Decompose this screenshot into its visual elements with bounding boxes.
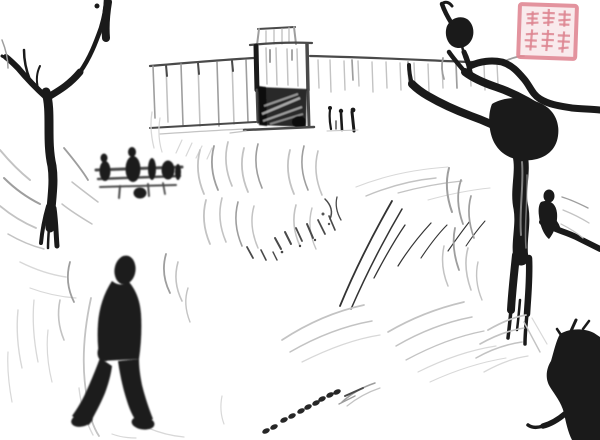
gate-doorway bbox=[258, 86, 307, 128]
ink-painting: Winter park scene: two bare ink-black tr… bbox=[0, 0, 600, 440]
artist-seal bbox=[518, 4, 577, 59]
artwork-canvas: Winter park scene: two bare ink-black tr… bbox=[0, 0, 600, 440]
